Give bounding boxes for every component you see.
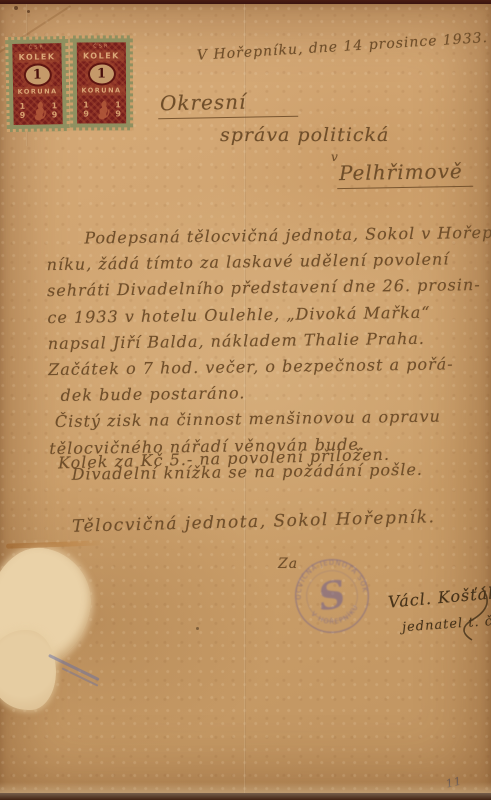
stamp-currency-label: KORUNA [78, 85, 124, 95]
stamp-lion-vignette: 19 19 [18, 97, 58, 124]
signature-flourish [452, 584, 491, 646]
stamp-value: 1 [23, 63, 51, 86]
stamp-type-label: KOLEK [14, 51, 59, 63]
stamp-lion-vignette: 19 19 [82, 96, 122, 122]
paper-bottom-edge-highlight [0, 782, 491, 800]
stamp-value-rosette: 1 [87, 61, 115, 85]
lion-icon [93, 97, 111, 121]
stamp-year-left: 19 [82, 100, 90, 118]
recipient-line-1: Okresní [158, 89, 299, 119]
sokol-seal-stamp: TĚLOCVIČNÁ JEDNOTA SOKOL V HOŘEPNÍKU S [288, 552, 376, 640]
seal-monogram: S [315, 572, 349, 620]
fiscal-stamp-face: ČSR KOLEK 1 KORUNA 19 19 [77, 42, 126, 123]
fiscal-stamp: ČSR KOLEK 1 KORUNA 19 19 [5, 36, 70, 132]
stamp-value: 1 [87, 62, 115, 85]
stamp-country-label: ČSR [93, 43, 109, 49]
stamp-type-label: KOLEK [79, 50, 124, 61]
stamp-country-label: ČSR [29, 44, 45, 50]
stamp-year-right: 19 [50, 101, 58, 119]
stamp-year-right: 19 [114, 100, 122, 118]
recipient-line-2: správa politická [220, 124, 389, 146]
stamp-value-rosette: 1 [23, 62, 51, 86]
stamp-currency-label: KORUNA [15, 86, 61, 97]
fiscal-stamp-face: ČSR KOLEK 1 KORUNA 19 19 [12, 43, 62, 125]
stamp-year-left: 19 [18, 102, 26, 120]
recipient-place: Pelhřimově [337, 159, 473, 189]
scanned-letter: ČSR KOLEK 1 KORUNA 19 19 ČSR K [0, 0, 491, 800]
fiscal-stamp-pair: ČSR KOLEK 1 KORUNA 19 19 ČSR K [5, 35, 135, 132]
lion-icon [29, 98, 47, 122]
fiscal-stamp: ČSR KOLEK 1 KORUNA 19 19 [70, 35, 133, 130]
